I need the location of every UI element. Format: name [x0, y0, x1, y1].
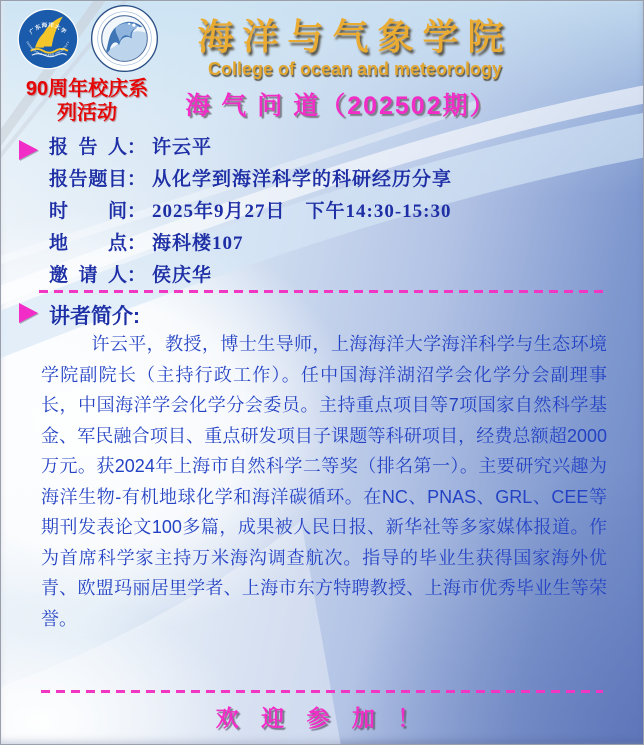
detail-row-time: 时间：2025年9月27日 下午14:30-15:30 [49, 196, 615, 228]
detail-colon: ： [127, 132, 146, 164]
bio-heading: 讲者简介: [49, 300, 140, 330]
college-logo-wave-icon [91, 5, 158, 72]
triangle-bullet-icon [19, 303, 38, 323]
series-title: 海 气 问 道（202502期） [121, 86, 561, 122]
dashed-separator-top [39, 290, 607, 293]
detail-row-host: 邀请人：侯庆华 [49, 260, 615, 292]
detail-row-speaker: 报告人：许云平 [49, 132, 615, 164]
university-logo-icon: 广东海洋大学 GUANGDONG OCEAN UNIVERSITY [17, 8, 79, 70]
dashed-separator-bottom [41, 690, 603, 693]
lecture-poster: 广东海洋大学 GUANGDONG OCEAN UNIVERSITY 90 [0, 0, 644, 745]
detail-value: 2025年9月27日 下午14:30-15:30 [152, 196, 451, 228]
detail-colon: ： [127, 164, 146, 196]
event-details: 报告人：许云平 报告题目：从化学到海洋科学的科研经历分享 时间：2025年9月2… [49, 132, 615, 292]
detail-label: 时间 [49, 196, 127, 228]
detail-value: 许云平 [152, 132, 212, 164]
welcome-message: 欢 迎 参 加 ！ [1, 700, 643, 733]
detail-colon: ： [127, 228, 146, 260]
guangdong-ocean-university-logo: 广东海洋大学 GUANGDONG OCEAN UNIVERSITY [17, 8, 79, 70]
detail-colon: ： [127, 260, 146, 292]
college-title-english: College of ocean and meteorology [169, 59, 541, 80]
bio-paragraph: 许云平，教授，博士生导师，上海海洋大学海洋科学与生态环境学院副院长（主持行政工作… [41, 329, 607, 634]
college-of-ocean-meteorology-logo [91, 5, 158, 72]
detail-row-topic: 报告题目：从化学到海洋科学的科研经历分享 [49, 164, 615, 196]
detail-colon: ： [127, 196, 146, 228]
triangle-bullet-icon [19, 140, 38, 160]
detail-value: 海科楼107 [152, 228, 244, 260]
detail-label: 报告人 [49, 132, 127, 164]
college-title-chinese: 海洋与气象学院 [169, 9, 541, 60]
detail-row-location: 地点：海科楼107 [49, 228, 615, 260]
detail-label: 报告题目 [49, 164, 127, 196]
detail-label: 地点 [49, 228, 127, 260]
detail-value: 从化学到海洋科学的科研经历分享 [152, 164, 452, 196]
detail-value: 侯庆华 [152, 260, 212, 292]
detail-label: 邀请人 [49, 260, 127, 292]
